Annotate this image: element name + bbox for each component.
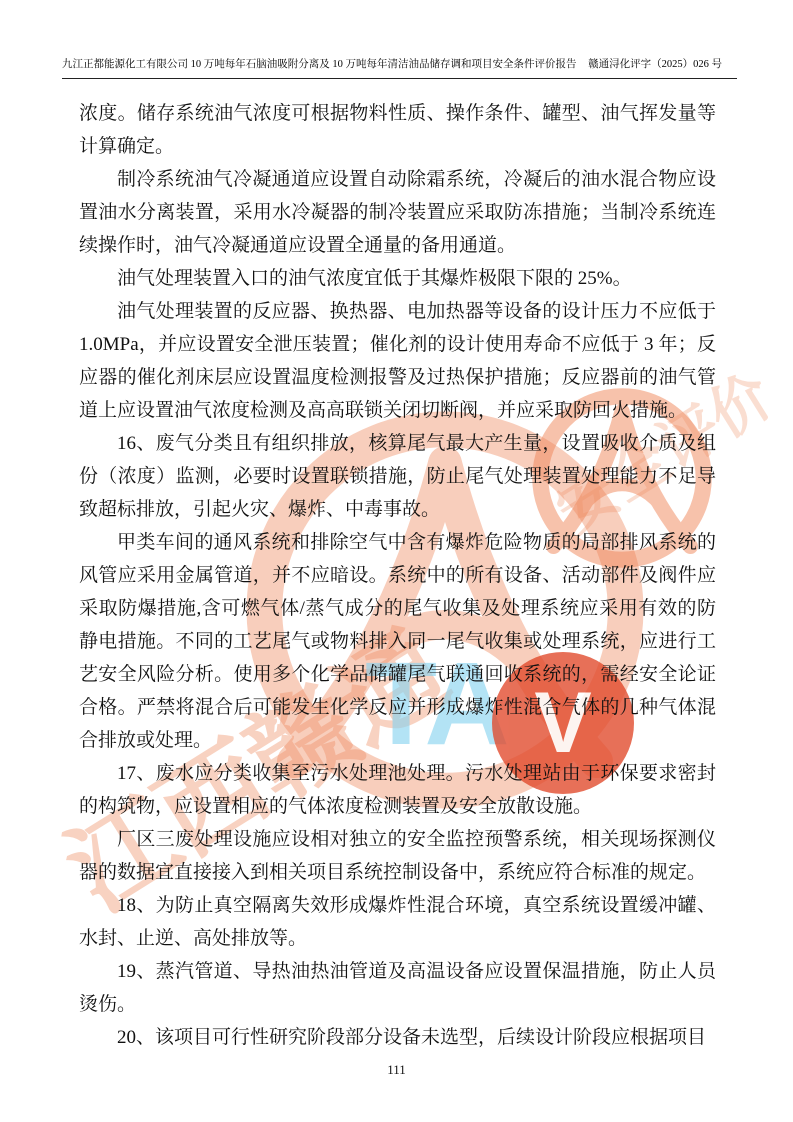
header-doc-number: 赣通浔化评字（2025）026 号 bbox=[588, 59, 722, 70]
paragraph: 甲类车间的通风系统和排除空气中含有爆炸危险物质的局部排风系统的风管应采用金属管道… bbox=[79, 526, 716, 757]
header-title: 九江正都能源化工有限公司 10 万吨每年石脑油吸附分离及 10 万吨每年清洁油品… bbox=[62, 59, 577, 70]
paragraph: 厂区三废处理设施应设相对独立的安全监控预警系统，相关现场探测仪器的数据宜直接接入… bbox=[79, 823, 716, 889]
paragraph: 16、废气分类且有组织排放，核算尾气最大产生量，设置吸收介质及组份（浓度）监测，… bbox=[79, 427, 716, 526]
page-header: 九江正都能源化工有限公司 10 万吨每年石脑油吸附分离及 10 万吨每年清洁油品… bbox=[62, 56, 737, 79]
document-page: 江西赣通 安全评价 TA V 九江正都能源化工有限公司 10 万吨每年石脑油吸附… bbox=[0, 0, 793, 1122]
paragraph: 17、废水应分类收集至污水处理池处理。污水处理站由于环保要求密封的构筑物，应设置… bbox=[79, 757, 716, 823]
paragraph: 19、蒸汽管道、导热油热油管道及高温设备应设置保温措施，防止人员烫伤。 bbox=[79, 955, 716, 1021]
paragraph: 20、该项目可行性研究阶段部分设备未选型，后续设计阶段应根据项目 bbox=[79, 1021, 716, 1054]
document-body: 浓度。储存系统油气浓度可根据物料性质、操作条件、罐型、油气挥发量等计算确定。 制… bbox=[79, 97, 716, 1054]
paragraph: 浓度。储存系统油气浓度可根据物料性质、操作条件、罐型、油气挥发量等计算确定。 bbox=[79, 97, 716, 163]
paragraph: 油气处理装置的反应器、换热器、电加热器等设备的设计压力不应低于 1.0MPa，并… bbox=[79, 295, 716, 427]
paragraph: 制冷系统油气冷凝通道应设置自动除霜系统，冷凝后的油水混合物应设置油水分离装置，采… bbox=[79, 163, 716, 262]
paragraph: 18、为防止真空隔离失效形成爆炸性混合环境，真空系统设置缓冲罐、水封、止逆、高处… bbox=[79, 889, 716, 955]
page-number: 111 bbox=[0, 1062, 793, 1078]
paragraph: 油气处理装置入口的油气浓度宜低于其爆炸极限下限的 25%。 bbox=[79, 262, 716, 295]
